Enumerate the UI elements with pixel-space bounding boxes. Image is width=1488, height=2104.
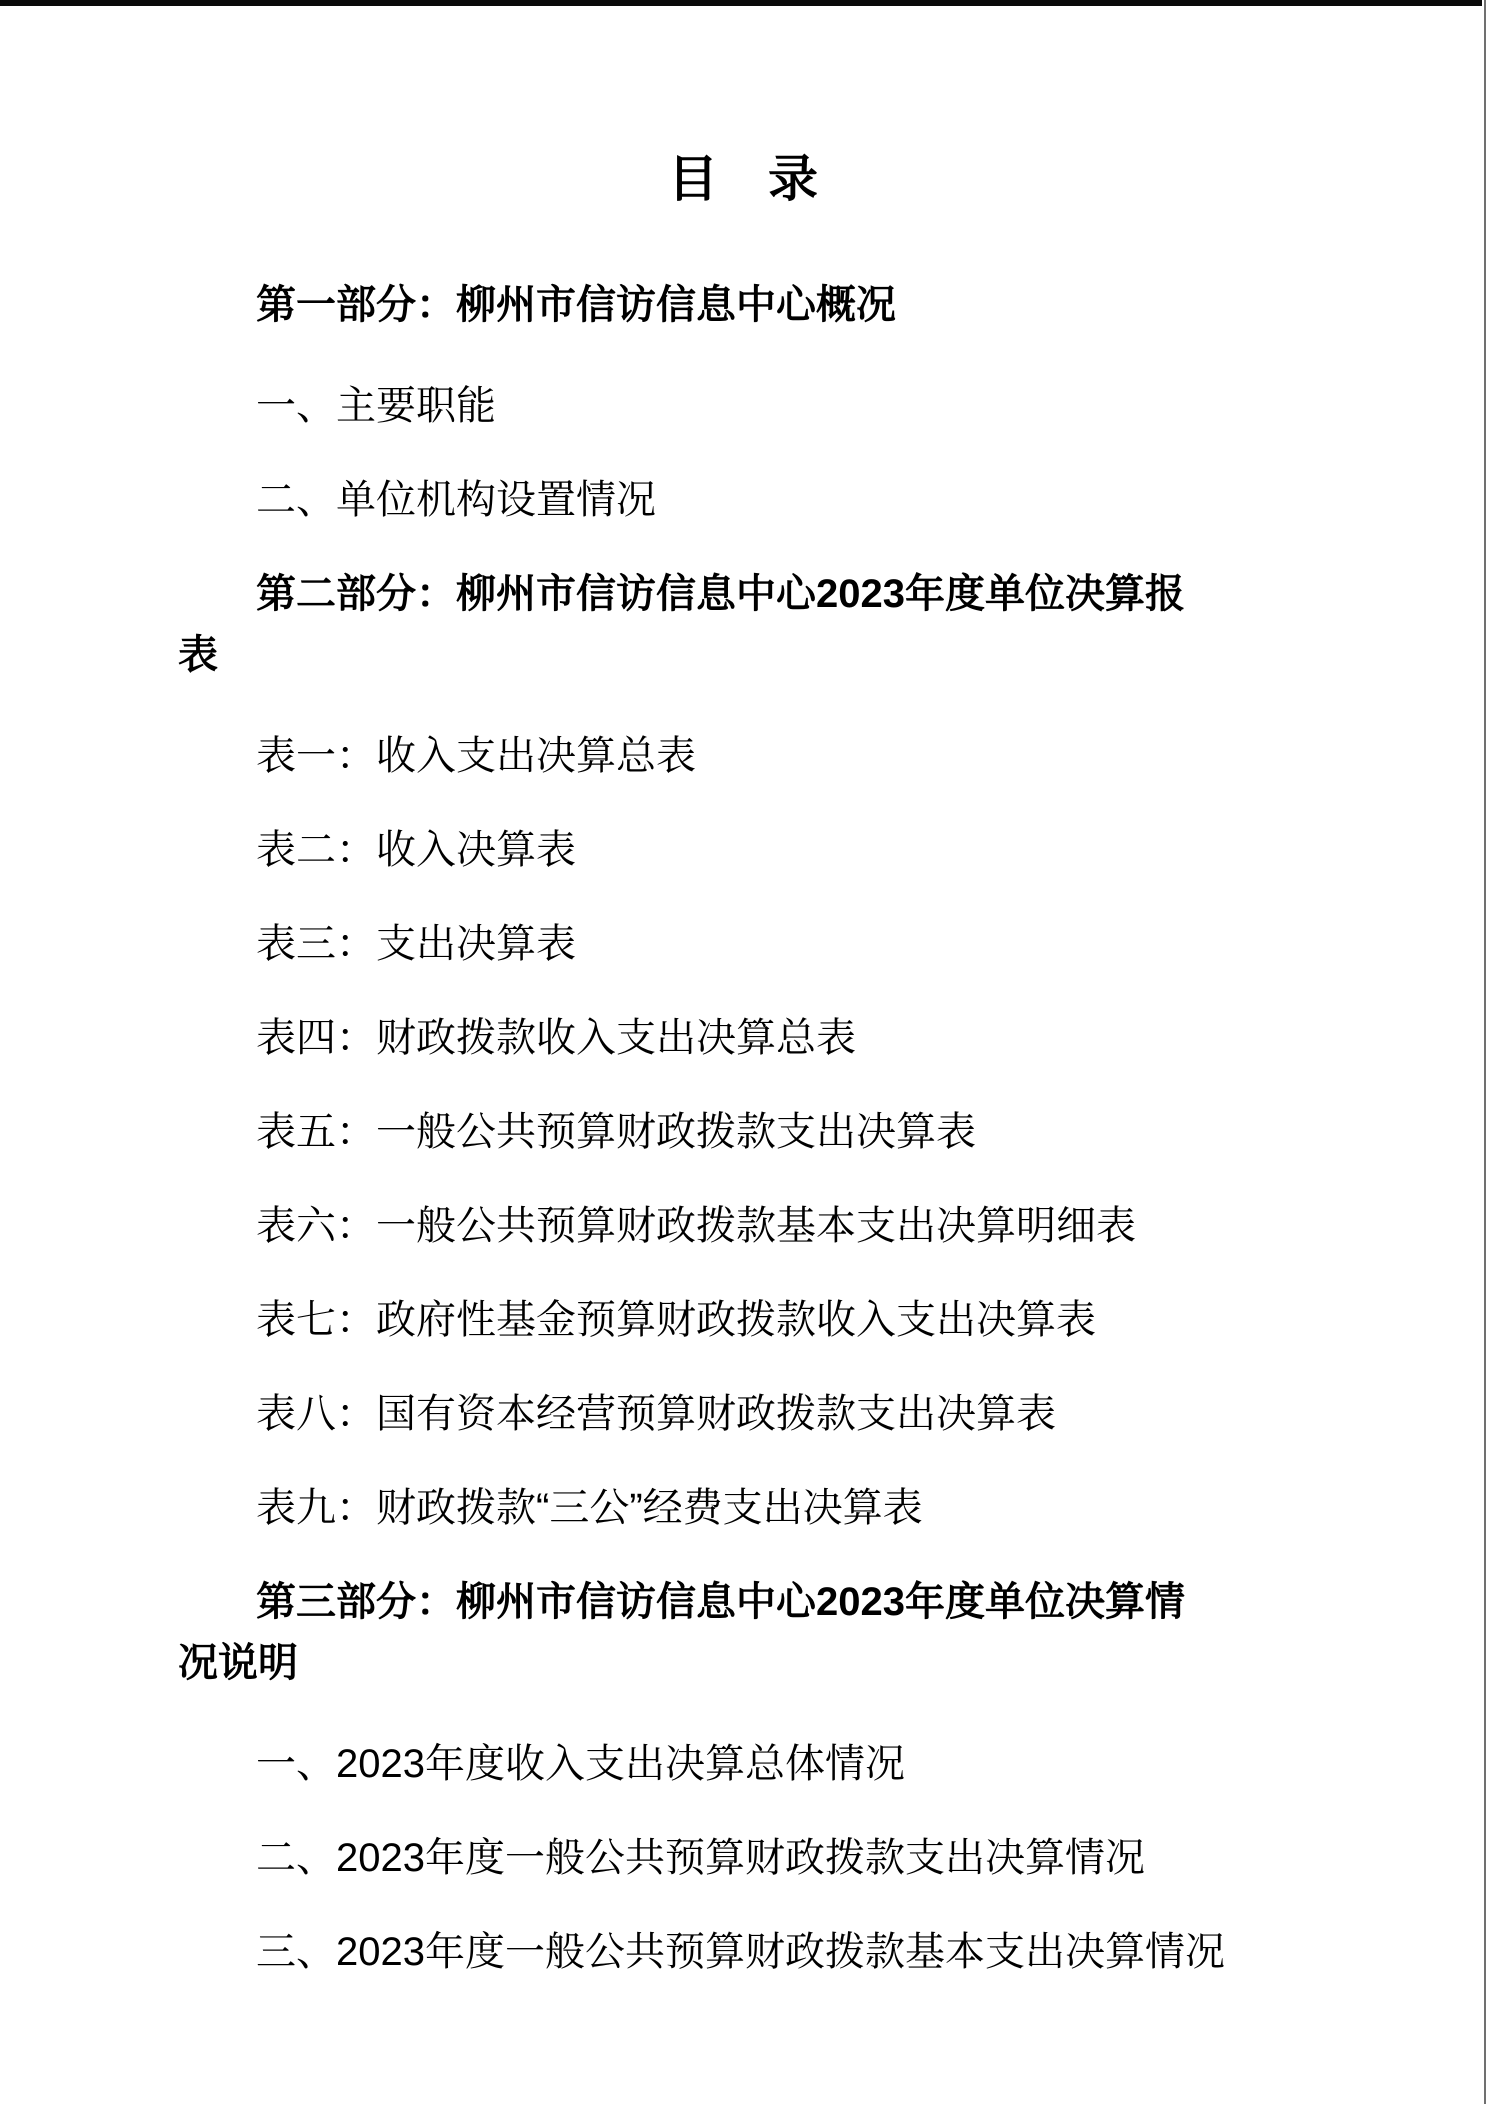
page-top-border [0,0,1482,6]
table-of-contents: 目 录 第一部分：柳州市信访信息中心概况 一、主要职能 二、单位机构设置情况 第… [178,142,1308,2016]
toc-line: 一、主要职能 [178,384,496,428]
toc-line: 二、单位机构设置情况 [178,478,656,522]
toc-line-wrap: 表 [178,625,1308,686]
page-title: 目 录 [178,142,1308,217]
toc-line: 表七：政府性基金预算财政拨款收入支出决算表 [178,1298,1096,1342]
toc-line-wrap: 况说明 [178,1633,1308,1694]
page-right-border [1484,0,1486,2104]
toc-table-5: 表五：一般公共预算财政拨款支出决算表 [178,1102,1308,1163]
toc-part1-item-2: 二、单位机构设置情况 [178,470,1308,531]
toc-table-2: 表二：收入决算表 [178,820,1308,881]
document-page: 目 录 第一部分：柳州市信访信息中心概况 一、主要职能 二、单位机构设置情况 第… [0,0,1488,2104]
toc-line: 二、2023年度一般公共预算财政拨款支出决算情况 [178,1836,1145,1880]
toc-part3-item-2: 二、2023年度一般公共预算财政拨款支出决算情况 [178,1828,1308,1889]
toc-line: 第二部分：柳州市信访信息中心2023年度单位决算报 [178,572,1185,616]
toc-line: 第三部分：柳州市信访信息中心2023年度单位决算情 [178,1580,1185,1624]
toc-line: 表三：支出决算表 [178,922,576,966]
toc-part3-item-3: 三、2023年度一般公共预算财政拨款基本支出决算情况 [178,1922,1308,1983]
toc-line: 表一：收入支出决算总表 [178,734,696,778]
toc-table-1: 表一：收入支出决算总表 [178,726,1308,787]
toc-line: 一、2023年度收入支出决算总体情况 [178,1742,905,1786]
toc-part1-item-1: 一、主要职能 [178,376,1308,437]
toc-part2-heading: 第二部分：柳州市信访信息中心2023年度单位决算报表 [178,564,1308,686]
toc-table-3: 表三：支出决算表 [178,914,1308,975]
toc-table-4: 表四：财政拨款收入支出决算总表 [178,1008,1308,1069]
toc-line: 第一部分：柳州市信访信息中心概况 [178,283,896,327]
toc-part3-heading: 第三部分：柳州市信访信息中心2023年度单位决算情况说明 [178,1572,1308,1694]
toc-line: 表二：收入决算表 [178,828,576,872]
toc-line: 表六：一般公共预算财政拨款基本支出决算明细表 [178,1204,1136,1248]
toc-part3-item-1: 一、2023年度收入支出决算总体情况 [178,1734,1308,1795]
toc-table-6: 表六：一般公共预算财政拨款基本支出决算明细表 [178,1196,1308,1257]
toc-line: 三、2023年度一般公共预算财政拨款基本支出决算情况 [178,1930,1225,1974]
toc-table-7: 表七：政府性基金预算财政拨款收入支出决算表 [178,1290,1308,1351]
toc-table-8: 表八：国有资本经营预算财政拨款支出决算表 [178,1384,1308,1445]
toc-table-9: 表九：财政拨款“三公”经费支出决算表 [178,1478,1308,1539]
toc-line: 表九：财政拨款“三公”经费支出决算表 [178,1486,923,1530]
toc-line: 表五：一般公共预算财政拨款支出决算表 [178,1110,976,1154]
toc-line: 表四：财政拨款收入支出决算总表 [178,1016,856,1060]
toc-part1-heading: 第一部分：柳州市信访信息中心概况 [178,275,1308,336]
toc-line: 表八：国有资本经营预算财政拨款支出决算表 [178,1392,1056,1436]
